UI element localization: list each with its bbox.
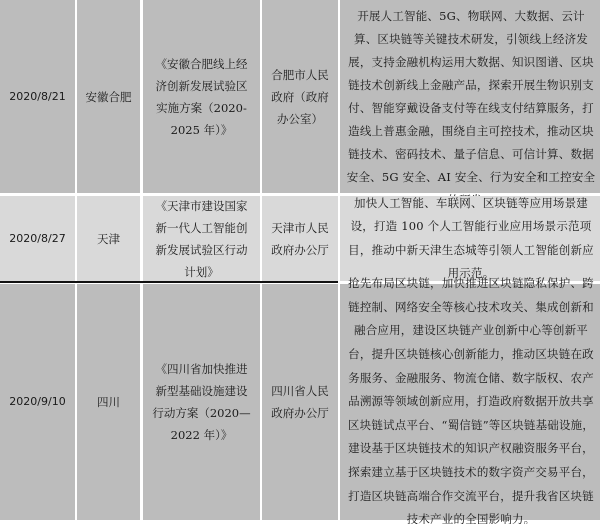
issuer-cell: 合肥市人民政府（政府办公室） — [262, 0, 338, 193]
content-cell: 加快人工智能、车联网、区块链等应用场景建设，打造 100 个人工智能行业应用场景… — [340, 196, 600, 281]
date-cell: 2020/8/27 — [0, 196, 75, 281]
table-row: 2020/9/10 四川 《四川省加快推进新型基础设施建设行动方案（2020—2… — [0, 284, 600, 520]
date-cell: 2020/9/10 — [0, 284, 75, 520]
policy-table: 2020/8/21 安徽合肥 《安徽合肥线上经济创新发展试验区实施方案（2020… — [0, 0, 600, 524]
issuer-cell: 天津市人民政府办公厅 — [262, 196, 338, 281]
content-text: 抢先布局区块链，加快推进区块链隐私保护、跨链控制、网络安全等核心技术攻关、集成创… — [346, 272, 596, 524]
issuer-cell: 四川省人民政府办公厅 — [262, 284, 338, 520]
content-cell: 聚焦线上经济产品开发、模式创新、场景应用，开展人工智能、5G、物联网、大数据、云… — [340, 0, 600, 193]
content-text: 聚焦线上经济产品开发、模式创新、场景应用，开展人工智能、5G、物联网、大数据、云… — [346, 0, 596, 212]
table-row: 2020/8/21 安徽合肥 《安徽合肥线上经济创新发展试验区实施方案（2020… — [0, 0, 600, 193]
region-cell: 四川 — [77, 284, 140, 520]
policy-cell: 《四川省加快推进新型基础设施建设行动方案（2020—2022 年）》 — [143, 284, 260, 520]
policy-cell: 《天津市建设国家新一代人工智能创新发展试验区行动计划》 — [143, 196, 260, 281]
region-cell: 安徽合肥 — [77, 0, 140, 193]
table-row: 2020/8/27 天津 《天津市建设国家新一代人工智能创新发展试验区行动计划》… — [0, 196, 600, 281]
policy-cell: 《安徽合肥线上经济创新发展试验区实施方案（2020-2025 年）》 — [143, 0, 260, 193]
content-cell: 抢先布局区块链，加快推进区块链隐私保护、跨链控制、网络安全等核心技术攻关、集成创… — [340, 284, 600, 520]
row-divider — [0, 281, 338, 283]
region-cell: 天津 — [77, 196, 140, 281]
date-cell: 2020/8/21 — [0, 0, 75, 193]
